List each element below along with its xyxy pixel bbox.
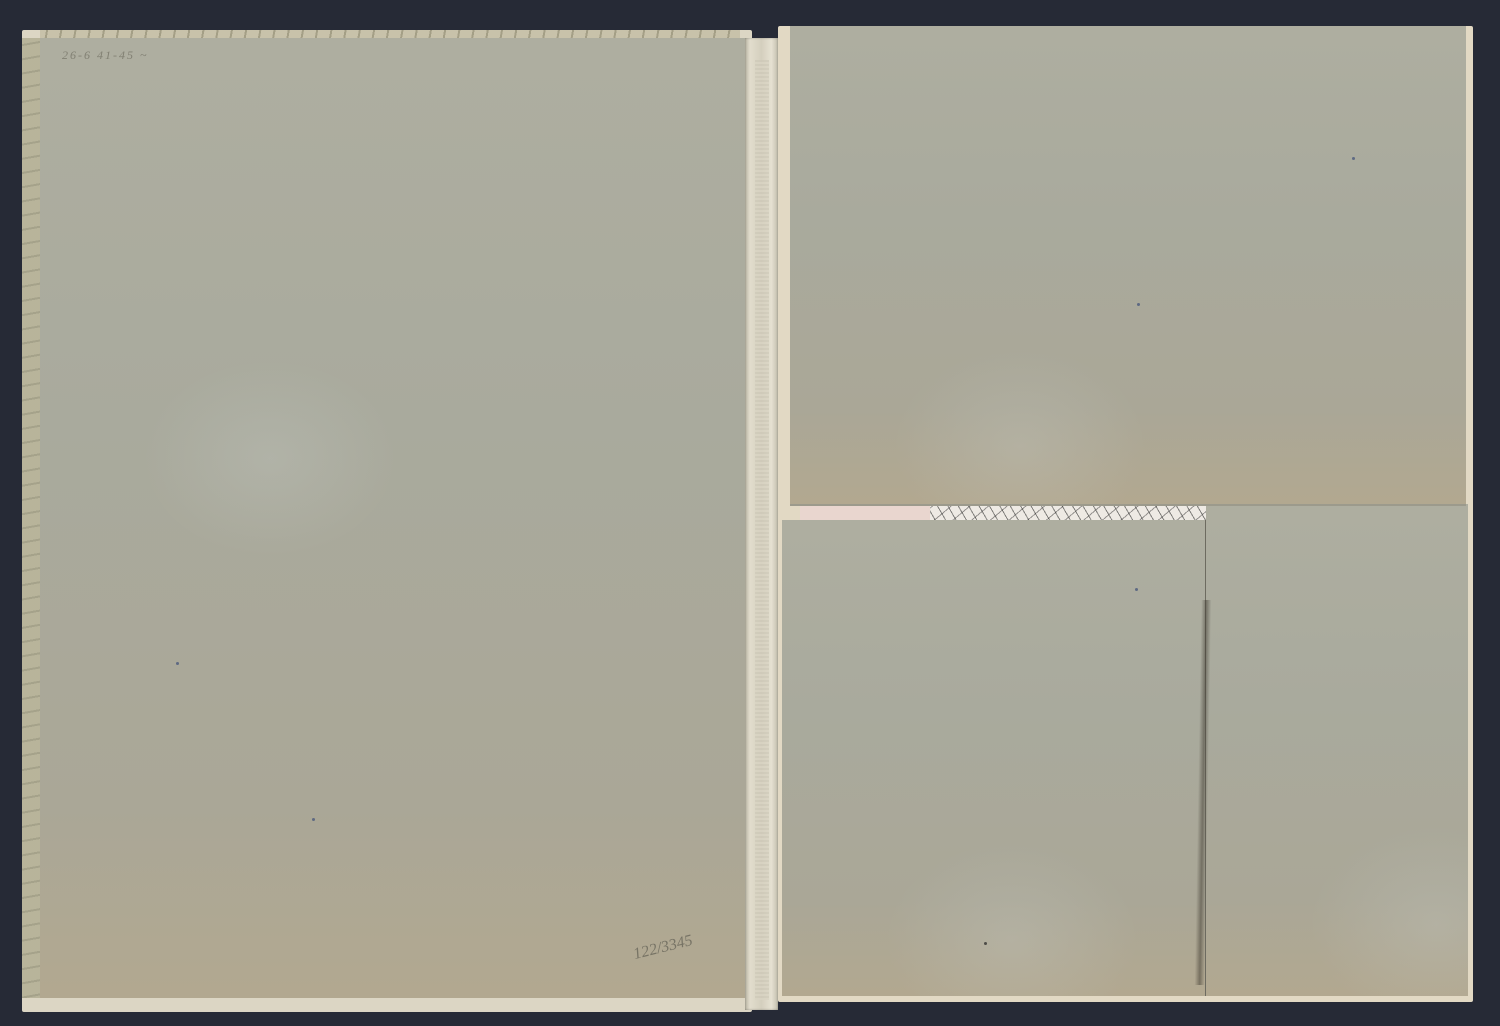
ink-speck xyxy=(1137,303,1140,306)
ink-speck xyxy=(1135,588,1138,591)
ink-speck xyxy=(312,818,315,821)
pencil-note-top: 26-6 41-45 ~ xyxy=(62,48,148,63)
ink-speck xyxy=(1352,157,1355,160)
left-top-turn-in-pattern xyxy=(40,30,740,38)
ink-speck xyxy=(176,662,179,665)
right-endpaper-lower-left xyxy=(782,520,1207,996)
spine-cloth-texture xyxy=(755,60,769,1000)
ink-speck xyxy=(984,942,987,945)
left-side-turn-in-pattern xyxy=(22,38,40,998)
left-endpaper xyxy=(40,38,745,998)
right-endpaper-lower-right xyxy=(1206,504,1468,996)
right-endpaper-upper xyxy=(790,26,1466,506)
